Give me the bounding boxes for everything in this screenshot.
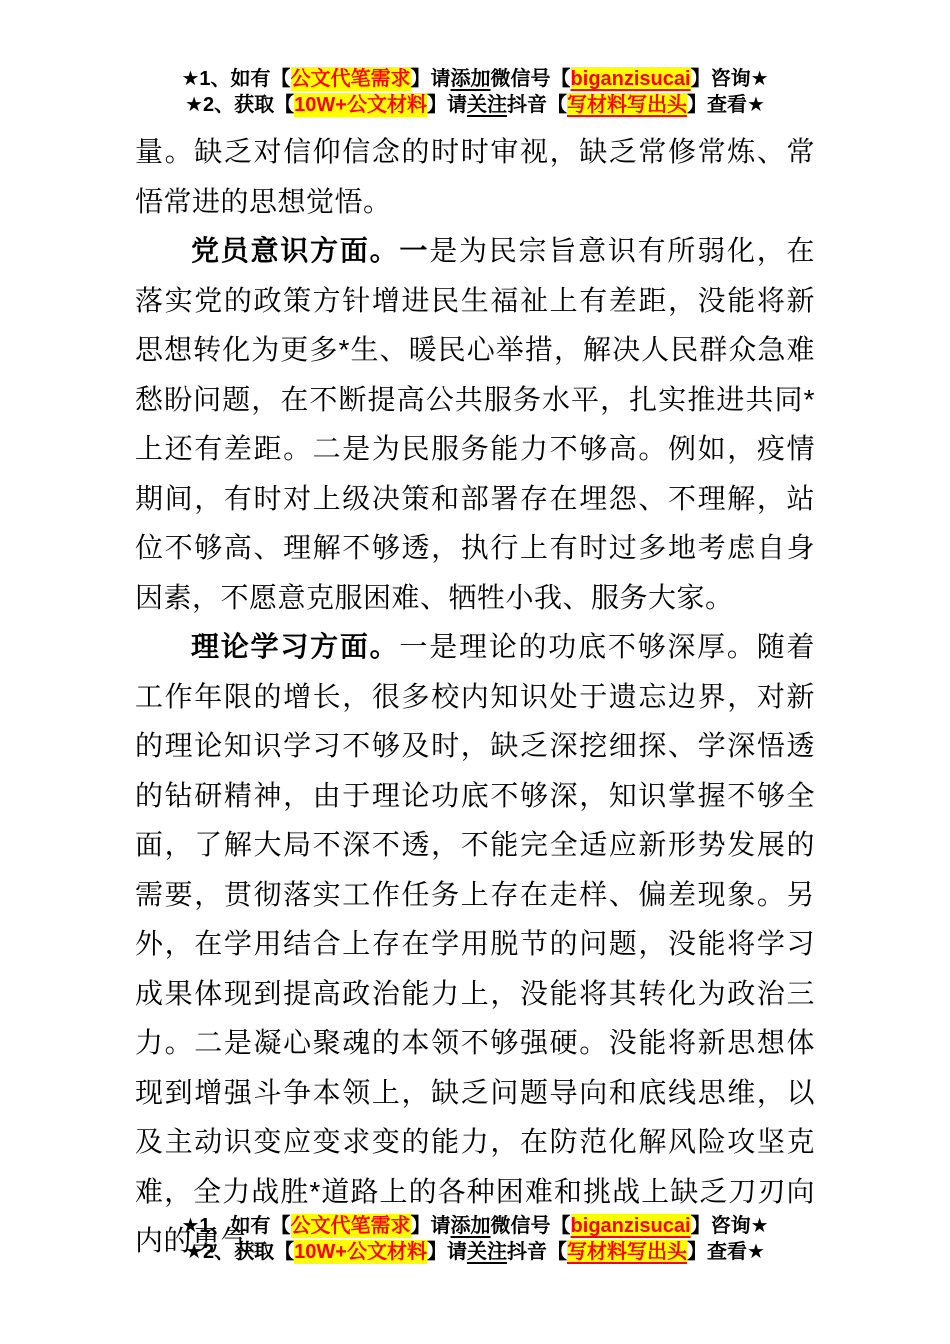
footer-promo-line-2: ★2、获取【10W+公文材料】请关注抖音【写材料写出头】查看★ bbox=[0, 1239, 950, 1265]
highlight-wechat-id: biganzisucai bbox=[571, 1214, 691, 1238]
paragraph-lead: 理论学习方面。 bbox=[191, 631, 399, 662]
plain-text: ★1、如有【 bbox=[181, 1215, 290, 1237]
paragraph-party-member-awareness: 党员意识方面。一是为民宗旨意识有所弱化，在落实党的政策方针增进民生福祉上有差距，… bbox=[135, 226, 815, 622]
plain-text: 抖音【 bbox=[507, 1241, 567, 1263]
plain-text: ★2、获取【 bbox=[185, 1241, 294, 1263]
paragraph-continuation: 量。缺乏对信仰信念的时时审视，缺乏常修常炼、常悟常进的思想觉悟。 bbox=[135, 127, 815, 226]
highlight-douyin-id: 写材料写出头 bbox=[567, 1240, 687, 1264]
plain-text: 】请 bbox=[427, 1241, 467, 1263]
highlight-text-writing-service: 公文代笔需求 bbox=[291, 1214, 411, 1238]
header-promo-line-2: ★2、获取【10W+公文材料】请关注抖音【写材料写出头】查看★ bbox=[0, 92, 950, 118]
plain-text: 】请 bbox=[411, 68, 451, 90]
underline-text-add: 添加 bbox=[451, 68, 491, 90]
highlight-text-writing-service: 公文代笔需求 bbox=[291, 67, 411, 91]
paragraph-text: 一是理论的功底不够深厚。随着工作年限的增长，很多校内知识处于遗忘边界，对新的理论… bbox=[135, 631, 815, 1256]
underline-text-add: 添加 bbox=[451, 1215, 491, 1237]
underline-text-follow: 关注 bbox=[467, 94, 507, 116]
plain-text: 微信号【 bbox=[491, 68, 571, 90]
highlight-wechat-id: biganzisucai bbox=[571, 67, 691, 91]
paragraph-text: 量。缺乏对信仰信念的时时审视，缺乏常修常炼、常悟常进的思想觉悟。 bbox=[135, 136, 815, 217]
plain-text: 】请 bbox=[427, 94, 467, 116]
document-page: ★1、如有【公文代笔需求】请添加微信号【biganzisucai】咨询★ ★2、… bbox=[0, 0, 950, 1344]
document-body: 量。缺乏对信仰信念的时时审视，缺乏常修常炼、常悟常进的思想觉悟。 党员意识方面。… bbox=[135, 127, 815, 1266]
footer-promo-line-1: ★1、如有【公文代笔需求】请添加微信号【biganzisucai】咨询★ bbox=[0, 1213, 950, 1239]
highlight-text-materials: 10W+公文材料 bbox=[294, 93, 427, 117]
plain-text: 抖音【 bbox=[507, 94, 567, 116]
highlight-douyin-id: 写材料写出头 bbox=[567, 93, 687, 117]
plain-text: ★1、如有【 bbox=[181, 68, 290, 90]
paragraph-theory-study: 理论学习方面。一是理论的功底不够深厚。随着工作年限的增长，很多校内知识处于遗忘边… bbox=[135, 622, 815, 1266]
highlight-text-materials: 10W+公文材料 bbox=[294, 1240, 427, 1264]
underline-text-follow: 关注 bbox=[467, 1241, 507, 1263]
paragraph-text: 是为民宗旨意识有所弱化，在落实党的政策方针增进民生福祉上有差距，没能将新思想转化… bbox=[135, 235, 815, 613]
plain-text: 】查看★ bbox=[687, 94, 765, 116]
plain-text: 】请 bbox=[411, 1215, 451, 1237]
plain-text: 】咨询★ bbox=[691, 1215, 769, 1237]
header-promo-line-1: ★1、如有【公文代笔需求】请添加微信号【biganzisucai】咨询★ bbox=[0, 66, 950, 92]
plain-text: 】查看★ bbox=[687, 1241, 765, 1263]
plain-text: ★2、获取【 bbox=[185, 94, 294, 116]
paragraph-lead: 党员意识方面。一 bbox=[191, 235, 429, 266]
plain-text: 微信号【 bbox=[491, 1215, 571, 1237]
plain-text: 】咨询★ bbox=[691, 68, 769, 90]
